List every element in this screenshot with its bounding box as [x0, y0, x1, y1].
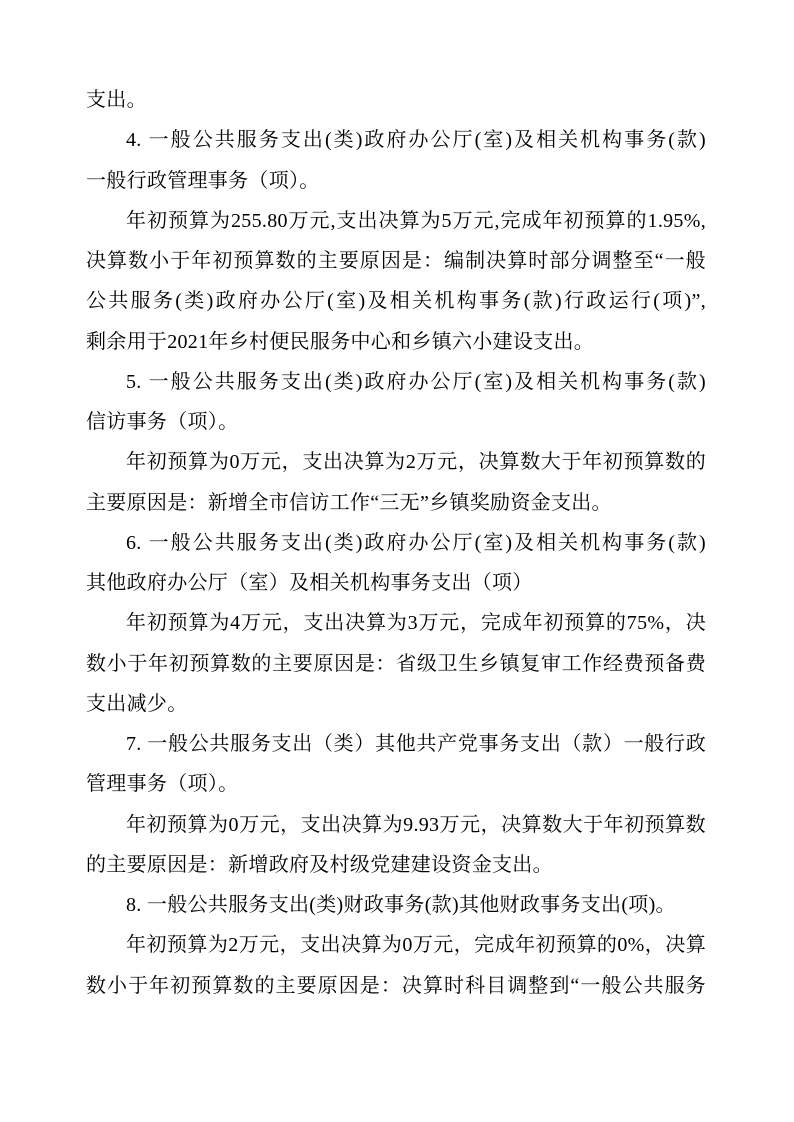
text-line: 数小于年初预算数的主要原因是：决算时科目调整到“一般公共服务 — [86, 966, 706, 1006]
text-line: 支出减少。 — [86, 684, 706, 724]
text-line: 一般行政管理事务（项）。 — [86, 161, 706, 201]
paragraph-item-4-heading: 4. 一般公共服务支出(类)政府办公厅(室)及相关机构事务(款) 一般行政管理事… — [86, 120, 706, 201]
text-line: 公共服务(类)政府办公厅(室)及相关机构事务(款)行政运行(项)”, — [86, 281, 706, 321]
text-line: 的主要原因是：新增政府及村级党建建设资金支出。 — [86, 845, 706, 885]
paragraph-item-5-heading: 5. 一般公共服务支出(类)政府办公厅(室)及相关机构事务(款) 信访事务（项）… — [86, 362, 706, 443]
text-line: 年初预算为4万元，支出决算为3万元，完成年初预算的75%，决算 — [86, 603, 706, 643]
paragraph-item-6-detail: 年初预算为4万元，支出决算为3万元，完成年初预算的75%，决算 数小于年初预算数… — [86, 603, 706, 724]
paragraph-item-6-heading: 6. 一般公共服务支出(类)政府办公厅(室)及相关机构事务(款) 其他政府办公厅… — [86, 523, 706, 604]
text-line: 7. 一般公共服务支出（类）其他共产党事务支出（款）一般行政 — [86, 724, 706, 764]
text-line: 数小于年初预算数的主要原因是：省级卫生乡镇复审工作经费预备费 — [86, 644, 706, 684]
paragraph-continuation: 支出。 — [86, 80, 706, 120]
text-line: 信访事务（项）。 — [86, 402, 706, 442]
text-line: 年初预算为2万元，支出决算为0万元，完成年初预算的0%，决算 — [86, 925, 706, 965]
text-line: 主要原因是：新增全市信访工作“三无”乡镇奖励资金支出。 — [86, 483, 706, 523]
paragraph-item-8-heading: 8. 一般公共服务支出(类)财政事务(款)其他财政事务支出(项)。 — [86, 885, 706, 925]
text-line: 5. 一般公共服务支出(类)政府办公厅(室)及相关机构事务(款) — [86, 362, 706, 402]
text-line: 年初预算为0万元，支出决算为2万元，决算数大于年初预算数的 — [86, 442, 706, 482]
text-line: 年初预算为255.80万元,支出决算为5万元,完成年初预算的1.95%, — [86, 201, 706, 241]
paragraph-item-7-detail: 年初预算为0万元，支出决算为9.93万元，决算数大于年初预算数 的主要原因是：新… — [86, 805, 706, 886]
paragraph-item-5-detail: 年初预算为0万元，支出决算为2万元，决算数大于年初预算数的 主要原因是：新增全市… — [86, 442, 706, 523]
text-line: 其他政府办公厅（室）及相关机构事务支出（项） — [86, 563, 706, 603]
text-line: 8. 一般公共服务支出(类)财政事务(款)其他财政事务支出(项)。 — [86, 885, 706, 925]
text-line: 4. 一般公共服务支出(类)政府办公厅(室)及相关机构事务(款) — [86, 120, 706, 160]
text-line: 6. 一般公共服务支出(类)政府办公厅(室)及相关机构事务(款) — [86, 523, 706, 563]
paragraph-item-4-detail: 年初预算为255.80万元,支出决算为5万元,完成年初预算的1.95%, 决算数… — [86, 201, 706, 362]
text-line: 决算数小于年初预算数的主要原因是：编制决算时部分调整至“一般 — [86, 241, 706, 281]
text-line: 剩余用于2021年乡村便民服务中心和乡镇六小建设支出。 — [86, 322, 706, 362]
paragraph-item-8-detail: 年初预算为2万元，支出决算为0万元，完成年初预算的0%，决算 数小于年初预算数的… — [86, 925, 706, 1006]
document-page: 支出。 4. 一般公共服务支出(类)政府办公厅(室)及相关机构事务(款) 一般行… — [0, 0, 794, 1122]
text-line: 管理事务（项）。 — [86, 764, 706, 804]
text-line: 支出。 — [86, 80, 706, 120]
paragraph-item-7-heading: 7. 一般公共服务支出（类）其他共产党事务支出（款）一般行政 管理事务（项）。 — [86, 724, 706, 805]
text-line: 年初预算为0万元，支出决算为9.93万元，决算数大于年初预算数 — [86, 805, 706, 845]
